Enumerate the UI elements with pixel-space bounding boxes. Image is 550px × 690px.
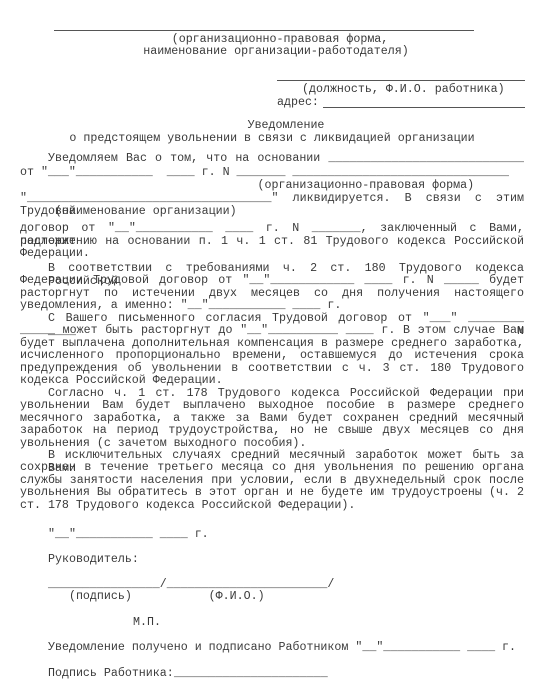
body-line: увольнении Вам будет выплачено выходное … xyxy=(20,399,524,412)
stamp-label: М.П. xyxy=(133,616,193,629)
body-line: месячного заработка, а также за Вами буд… xyxy=(20,412,524,425)
body-line: В исключительных случаях средний месячны… xyxy=(48,449,524,462)
received-line: Уведомление получено и подписано Работни… xyxy=(48,641,528,654)
body-line: С Вашего письменного согласия Трудовой д… xyxy=(48,312,524,325)
body-line: (наименование организации) xyxy=(20,205,524,218)
body-line: "___________________________________" ли… xyxy=(20,192,524,205)
document-title: Уведомление xyxy=(20,119,538,132)
head-label: Руководитель: xyxy=(48,553,348,566)
body-line: службы занятости населения при условии, … xyxy=(20,474,524,487)
address-label: адрес: xyxy=(277,96,327,109)
body-line: увольнения Вы обратитесь в этот орган и … xyxy=(20,486,524,499)
body-line: расторгнут по истечении двух месяцев со … xyxy=(20,287,524,300)
body-line: уведомления, а именно: "__"___________ _… xyxy=(20,299,524,312)
body-line: кодекса Российской Федерации. xyxy=(20,374,524,387)
document-subtitle: о предстоящем увольнении в связи с ликви… xyxy=(20,132,524,145)
body-line: ст. 178 Трудового кодекса Российской Фед… xyxy=(20,499,524,512)
employee-name-field[interactable] xyxy=(277,80,525,81)
body-line: договор от "__"___________ ____ г. N ___… xyxy=(20,222,524,235)
body-line: Уведомляем Вас о том, что на основании _… xyxy=(48,152,524,165)
body-line: Федерации. xyxy=(20,247,524,260)
employer-name-field[interactable] xyxy=(54,30,474,31)
address-field[interactable] xyxy=(323,107,525,108)
body-line: Федерации Трудовой договор от "__"______… xyxy=(20,274,524,287)
body-line: сохранен в течение третьего месяца со дн… xyxy=(20,461,524,474)
body-line: увольнения (с зачетом выходного пособия)… xyxy=(20,437,524,450)
body-line: В соответствии с требованиями ч. 2 ст. 1… xyxy=(48,262,524,275)
body-line: будет выплачена дополнительная компенсац… xyxy=(20,337,524,350)
body-line: предупреждения об увольнении в соответст… xyxy=(20,362,524,375)
employee-caption: (должность, Ф.И.О. работника) xyxy=(302,83,532,96)
head-signature-caption: (подпись) (Ф.И.О.) xyxy=(48,590,368,603)
body-line: исчисленного пропорционально времени, ос… xyxy=(20,349,524,362)
body-line: (организационно-правовая форма) xyxy=(20,179,524,192)
employee-signature-field[interactable]: ______________________ xyxy=(174,667,334,680)
body-line: от "___"___________ ____ г. N _______ __… xyxy=(20,166,524,179)
employer-caption-2: наименование организации-работодателя) xyxy=(20,45,528,58)
body-line: _____ может быть расторгнут до "__"_____… xyxy=(20,324,524,337)
body-line: заработок на период трудоустройства, но … xyxy=(20,424,524,437)
body-line: Согласно ч. 1 ст. 178 Трудового кодекса … xyxy=(48,387,524,400)
notice-date: "__"___________ ____ г. xyxy=(48,528,348,541)
employee-signature-label: Подпись Работника: xyxy=(48,667,188,680)
